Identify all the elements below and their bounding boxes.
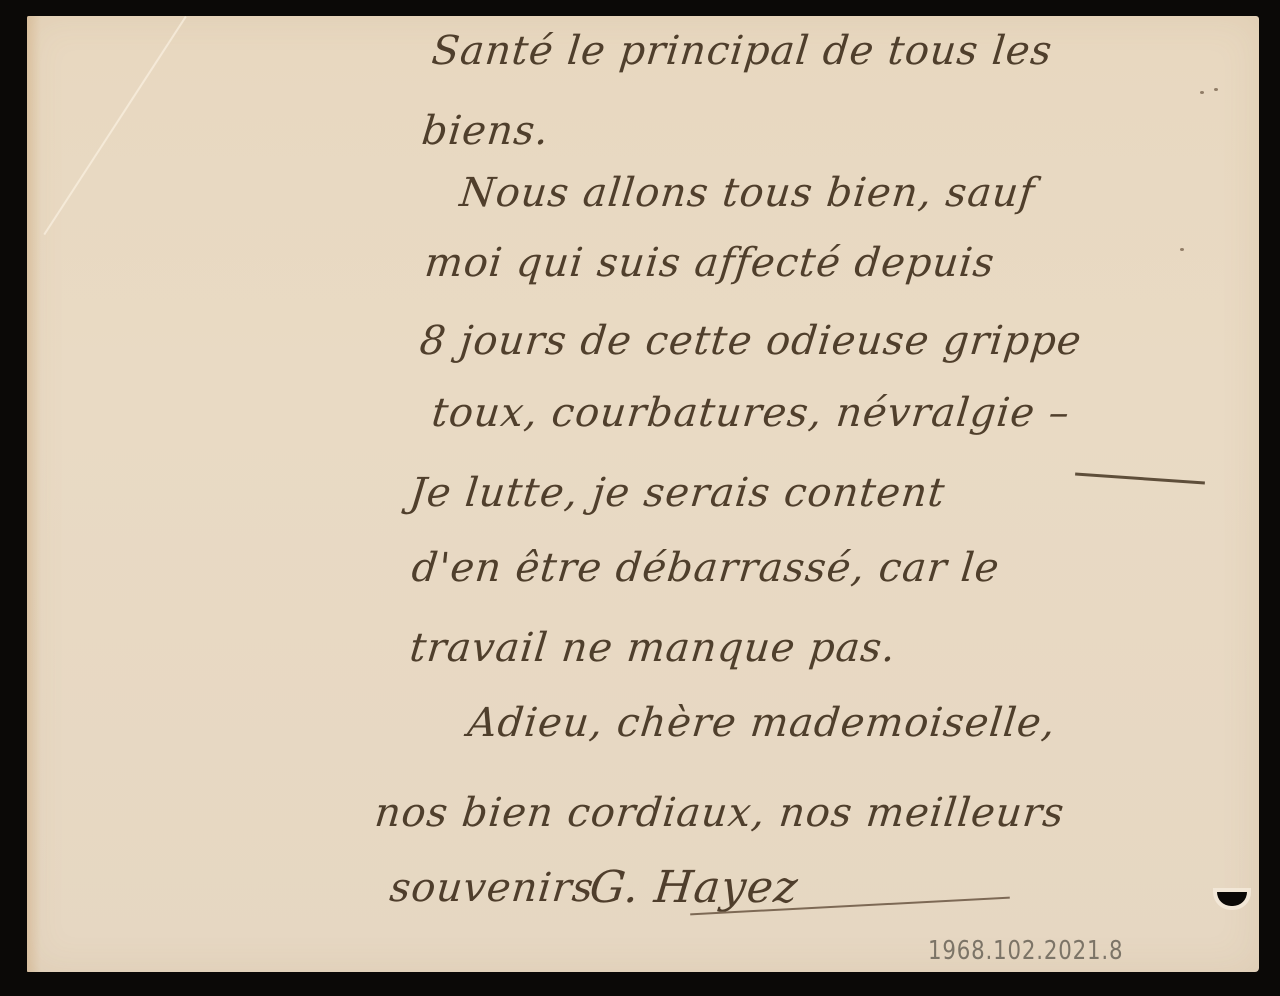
catalog-number: 1968.102.2021.8 bbox=[928, 936, 1123, 966]
letter-line-9: travail ne manque pas. bbox=[408, 625, 899, 671]
letter-line-6: toux, courbatures, névralgie – bbox=[430, 390, 1073, 436]
ink-speck bbox=[1200, 91, 1204, 94]
ink-speck bbox=[1180, 248, 1184, 251]
letter-line-8: d'en être débarrassé, car le bbox=[410, 545, 1002, 591]
paper-hole bbox=[1217, 892, 1247, 906]
letter-line-4: moi qui suis affecté depuis bbox=[423, 240, 998, 286]
letter-line-5: 8 jours de cette odieuse grippe bbox=[418, 318, 1084, 364]
letter-line-11: nos bien cordiaux, nos meilleurs bbox=[373, 790, 1067, 836]
letter-line-10: Adieu, chère mademoiselle, bbox=[466, 700, 1058, 746]
scanned-document: Santé le principal de tous les biens. No… bbox=[0, 0, 1280, 996]
letter-line-12: souvenirs bbox=[388, 865, 597, 911]
letter-line-3: Nous allons tous bien, sauf bbox=[458, 170, 1038, 216]
letter-line-1: Santé le principal de tous les bbox=[430, 28, 1055, 74]
ink-speck bbox=[1214, 88, 1218, 91]
letter-line-7: Je lutte, je serais content bbox=[408, 470, 948, 516]
signature: G. Hayez bbox=[587, 862, 801, 913]
letter-line-2: biens. bbox=[420, 108, 552, 154]
